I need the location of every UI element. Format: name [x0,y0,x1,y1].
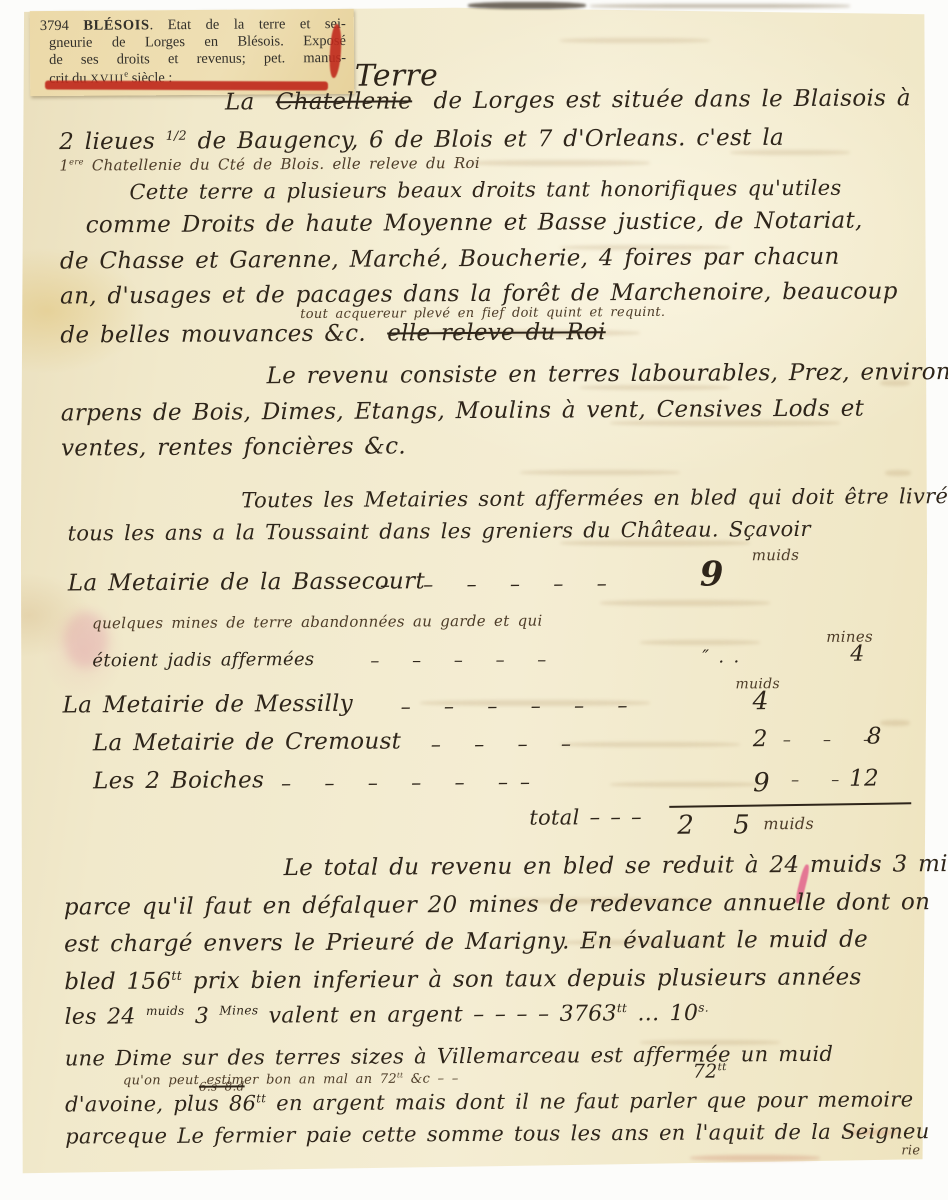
handwriting-layer: Terre La Chatellenie de Lorges est situé… [0,0,948,1200]
interline-insert-2-value: 72tt [693,1060,727,1082]
total-label: total – – – [529,805,642,830]
line-p1-1: La Chatellenie de Lorges est située dans… [225,85,911,115]
line-p3-1: Le revenu consiste en terres labourables… [267,359,948,390]
row-messilly-dashes: – – – – – – [401,693,640,718]
row-garde-nil: ″ . . [702,646,739,667]
line-p3-3: ventes, rentes foncières &c. [61,433,406,461]
line-p6-3: parceque Le fermier paie cette somme tou… [65,1119,929,1148]
row-messilly-value: 4 [753,686,769,715]
row-cremoust-dashes: – – – – [431,731,583,756]
row-garde-note-1: quelques mines de terre abandonnées au g… [92,612,543,633]
row-boiches-dashes: – – – – – –– [281,770,542,796]
row-boiches-value-mines: 12 [849,766,879,792]
total-unit: muids [763,814,814,833]
line-p1-3: 1ere Chatellenie du Cté de Blois. elle r… [59,154,480,175]
row-boiches-value-muids: 9 [753,768,770,798]
row-boiches-label: Les 2 Boiches [93,767,264,794]
line-p5-4: bled 156tt prix bien inferieur à son tau… [64,964,861,996]
struck-phrase: elle releve du Roi [387,319,606,346]
row-bassecourt-label: La Metairie de la Bassecourt [68,568,425,596]
row-bassecourt-value: 9 [700,554,724,594]
scanned-document: 3794 BLÉSOIS. Etat de la terre et sei- g… [0,0,948,1200]
line-p2-2: comme Droits de haute Moyenne et Basse j… [86,208,863,239]
line-p2-5: de belles mouvances &c. elle releve du R… [60,319,605,348]
unit-label-muids: muids [752,546,800,564]
row-bassecourt-dashes: – – – – – – [380,571,619,596]
line-p2-3: de Chasse et Garenne, Marché, Boucherie,… [60,244,840,275]
line-p5-1: Le total du revenu en bled se reduit à 2… [284,851,948,881]
line-p1-2: 2 lieues 1/2 de Baugency, 6 de Blois et … [59,124,784,155]
row-messilly-label: La Metairie de Messilly [63,691,354,719]
line-p2-4: an, d'usages et de pacages dans la forêt… [60,278,898,309]
row-boiches-dashes-2: – – [791,770,851,789]
row-garde-note-2: étoient jadis affermées [92,649,314,671]
row-garde-dashes: – – – – – [370,649,558,671]
line-p5-5: les 24 muids 3 Mines valent en argent – … [64,1001,708,1030]
line-p5-3: est chargé envers le Prieuré de Marigny.… [64,927,868,958]
line-p2-1: Cette terre a plusieurs beaux droits tan… [129,176,841,204]
catchword: rie [901,1143,920,1158]
line-p4-1: Toutes les Metairies sont affermées en b… [241,484,948,512]
interline-insert-2: qu'on peut estimer bon an mal an 72tt &c… [123,1070,459,1088]
row-cremoust-value-mines: 8 [867,724,882,750]
line-p5-2: parce qu'il faut en défalquer 20 mines d… [64,889,931,920]
total-rule [669,802,911,808]
struck-word: Chatellenie [276,88,413,115]
line-p3-2: arpens de Bois, Dimes, Etangs, Moulins à… [61,396,864,427]
line-p6-2: d'avoine, plus 86tt en argent mais dont … [65,1087,913,1116]
row-garde-value: 4 [850,642,864,667]
line-p4-2: tous les ans a la Toussaint dans les gre… [68,517,811,546]
row-cremoust-label: La Metairie de Cremoust [93,728,401,756]
total-value: 2 5 [677,810,764,841]
row-cremoust-value-muids: 2 [753,726,768,752]
